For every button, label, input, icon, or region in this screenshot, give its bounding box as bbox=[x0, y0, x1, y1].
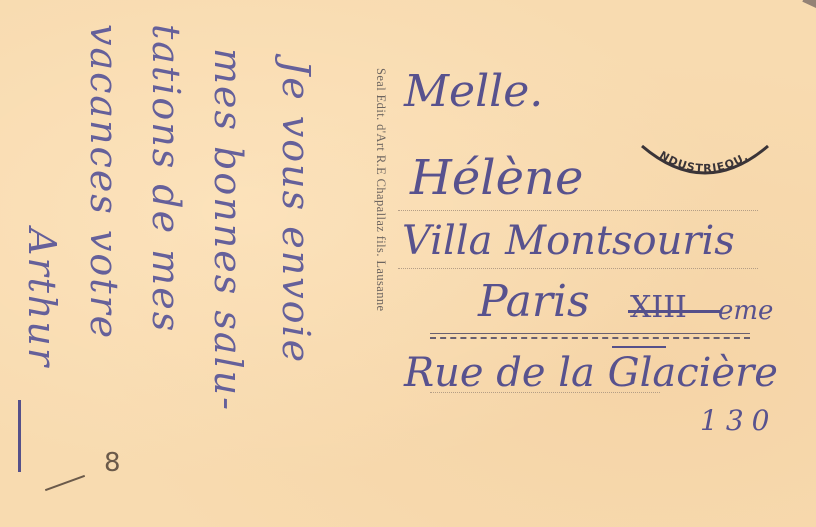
publisher-imprint: Seal Edit. d'Art R.E Chapallaz fils. Lau… bbox=[373, 68, 388, 311]
svg-text:NDUSTRIEQU.: NDUSTRIEQU. bbox=[657, 149, 751, 175]
address-rule-3 bbox=[430, 333, 750, 334]
torn-corner bbox=[802, 0, 816, 9]
message-line-4: vacances votre bbox=[82, 24, 126, 340]
address-line1: Villa Montsouris bbox=[402, 218, 735, 264]
address-rule-2 bbox=[398, 268, 758, 269]
address-city: Paris bbox=[478, 276, 590, 327]
message-signature: Arthur bbox=[20, 228, 64, 368]
city-underline bbox=[612, 346, 666, 348]
message-line-2: mes bonnes salu- bbox=[206, 48, 250, 412]
postcard-back: Je vous envoie mes bonnes salu- tations … bbox=[0, 0, 816, 527]
address-salutation: Melle. bbox=[404, 66, 543, 117]
address-arrondissement: XIII bbox=[630, 290, 687, 325]
message-line-3: tations de mes bbox=[144, 24, 188, 333]
message-line-1: Je vous envoie bbox=[274, 60, 318, 364]
address-street: Rue de la Glacière bbox=[404, 350, 778, 396]
address-arrondissement-suffix: eme bbox=[718, 296, 773, 326]
postmark-stamp: NDUSTRIEQU. bbox=[638, 138, 772, 182]
pencil-stroke bbox=[45, 475, 85, 491]
address-rule-4 bbox=[430, 392, 660, 393]
address-rule-3b bbox=[430, 337, 750, 339]
address-name: Hélène bbox=[410, 150, 583, 206]
address-number: 130 bbox=[700, 404, 777, 437]
signature-flourish bbox=[18, 400, 21, 472]
pencil-note: 8 bbox=[104, 448, 121, 478]
address-rule-1 bbox=[398, 210, 758, 211]
postmark-text: NDUSTRIEQU. bbox=[657, 149, 751, 175]
arrondissement-overline bbox=[628, 310, 720, 313]
